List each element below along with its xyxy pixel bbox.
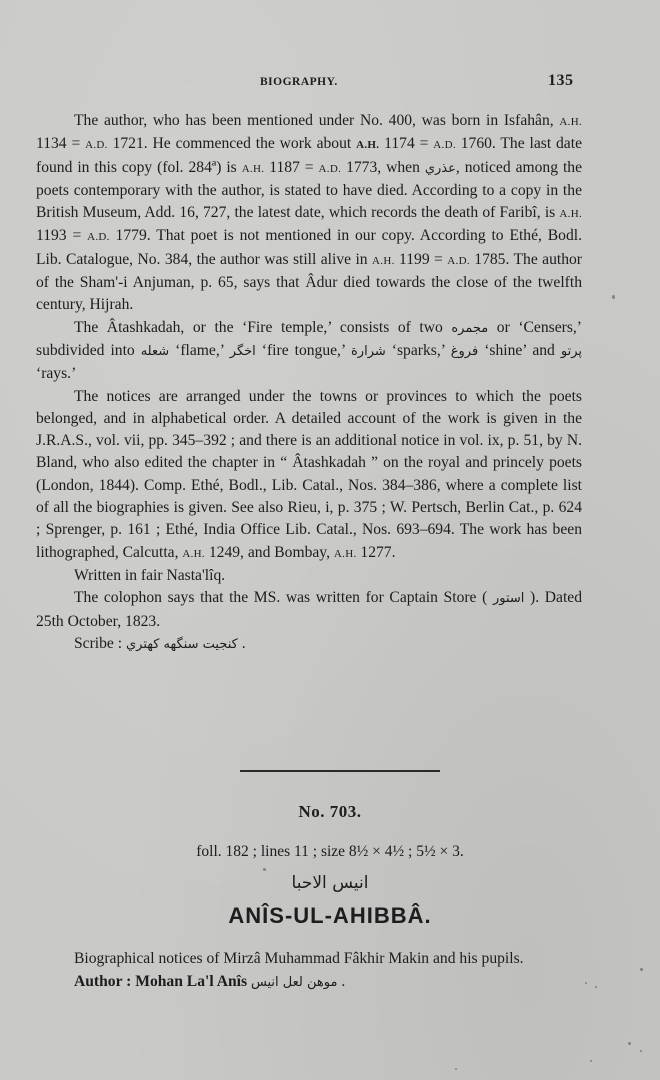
text-segment: ‘flame,’ bbox=[169, 342, 230, 359]
era-abbrev: A.H. bbox=[334, 548, 357, 560]
arabic-term: شرارة bbox=[351, 344, 386, 359]
scan-speck bbox=[595, 986, 597, 988]
author-name: Mohan La'l Anîs bbox=[135, 973, 251, 990]
text-segment: ‘fire tongue,’ bbox=[256, 342, 351, 359]
entry-body: Biographical notices of Mirzâ Muhammad F… bbox=[36, 948, 582, 994]
text-segment: 1199 = bbox=[395, 251, 448, 268]
era-abbrev: A.D. bbox=[85, 139, 108, 151]
scan-speck bbox=[640, 1050, 642, 1052]
text-segment: The author, who has been mentioned under… bbox=[74, 112, 559, 129]
arabic-name: عذري bbox=[425, 161, 456, 176]
scan-speck bbox=[640, 968, 643, 971]
paragraph-author-bio: The author, who has been mentioned under… bbox=[36, 110, 582, 317]
entry-title: ANÎS-UL-AHIBBÂ. bbox=[0, 903, 660, 929]
text-segment: ‘rays.’ bbox=[36, 365, 76, 382]
text-segment: The Âtashkadah, or the ‘Fire temple,’ co… bbox=[74, 319, 451, 336]
text-segment: 1721. He commenced the work about bbox=[108, 135, 356, 152]
era-abbrev: A.D. bbox=[433, 139, 456, 151]
entry-description: Biographical notices of Mirzâ Muhammad F… bbox=[36, 948, 582, 971]
paragraph-arrangement: The notices are arranged under the towns… bbox=[36, 386, 582, 565]
text-segment: 1134 = bbox=[36, 135, 85, 152]
text-segment: Written in fair Nasta'lîq. bbox=[74, 567, 225, 584]
text-segment: 1249, and Bombay, bbox=[205, 544, 334, 561]
text-segment: The colophon says that the MS. was writt… bbox=[74, 589, 493, 606]
entry-title-arabic: انيس الاحبا bbox=[0, 873, 660, 893]
era-abbrev: A.H. bbox=[559, 208, 582, 220]
entry-physical-description: foll. 182 ; lines 11 ; size 8½ × 4½ ; 5½… bbox=[0, 843, 660, 861]
section-divider bbox=[240, 770, 440, 772]
arabic-term: شعله bbox=[141, 344, 169, 359]
era-abbrev: A.D. bbox=[447, 255, 470, 267]
scan-speck bbox=[585, 982, 587, 984]
text-segment: 1187 = bbox=[264, 159, 318, 176]
era-abbrev: A.H. bbox=[372, 255, 395, 267]
text-segment: . bbox=[238, 635, 246, 652]
scribe-label: Scribe : bbox=[74, 635, 126, 652]
text-segment: ‘sparks,’ bbox=[386, 342, 451, 359]
era-abbrev: A.H. bbox=[182, 548, 205, 560]
author-name-arabic: موهن لعل انيس bbox=[251, 975, 338, 990]
document-page: BIOGRAPHY. 135 The author, who has been … bbox=[0, 0, 660, 1080]
text-segment: . bbox=[337, 973, 345, 990]
era-abbrev: A.H. bbox=[356, 139, 379, 151]
text-segment: 1773, when bbox=[341, 159, 425, 176]
arabic-term: مجمره bbox=[451, 321, 488, 336]
era-abbrev: A.H. bbox=[242, 163, 265, 175]
scribe-name-arabic: کنجیت سنگهه کهتري bbox=[126, 637, 238, 652]
entry-author: Author : Mohan La'l Anîs موهن لعل انيس . bbox=[36, 971, 582, 995]
arabic-term: فروغ bbox=[451, 344, 478, 359]
scan-speck bbox=[628, 1042, 631, 1045]
scan-speck bbox=[590, 1060, 592, 1062]
scan-speck bbox=[612, 295, 615, 299]
page-number: 135 bbox=[548, 72, 574, 90]
era-abbrev: A.D. bbox=[319, 163, 342, 175]
text-segment: ‘shine’ and bbox=[478, 342, 561, 359]
arabic-name: استور bbox=[493, 591, 524, 606]
paragraph-colophon: The colophon says that the MS. was writt… bbox=[36, 587, 582, 633]
era-abbrev: A.D. bbox=[87, 231, 110, 243]
era-abbrev: A.H. bbox=[559, 116, 582, 128]
author-label: Author : bbox=[74, 973, 135, 990]
text-segment: 1193 = bbox=[36, 227, 87, 244]
paragraph-atashkadah: The Âtashkadah, or the ‘Fire temple,’ co… bbox=[36, 317, 582, 386]
scan-speck bbox=[263, 868, 266, 871]
arabic-term: پرتو bbox=[561, 344, 582, 359]
running-title: BIOGRAPHY. bbox=[260, 76, 338, 88]
entry-number: No. 703. bbox=[0, 802, 660, 822]
catalogue-body-text: The author, who has been mentioned under… bbox=[36, 110, 582, 656]
arabic-term: اخگر bbox=[230, 344, 256, 359]
scan-speck bbox=[455, 1068, 457, 1070]
text-segment: The notices are arranged under the towns… bbox=[36, 388, 582, 561]
text-segment: 1277. bbox=[357, 544, 396, 561]
text-segment: 1174 = bbox=[379, 135, 433, 152]
paragraph-scribe: Scribe : کنجیت سنگهه کهتري . bbox=[36, 633, 582, 656]
paragraph-script: Written in fair Nasta'lîq. bbox=[36, 565, 582, 587]
